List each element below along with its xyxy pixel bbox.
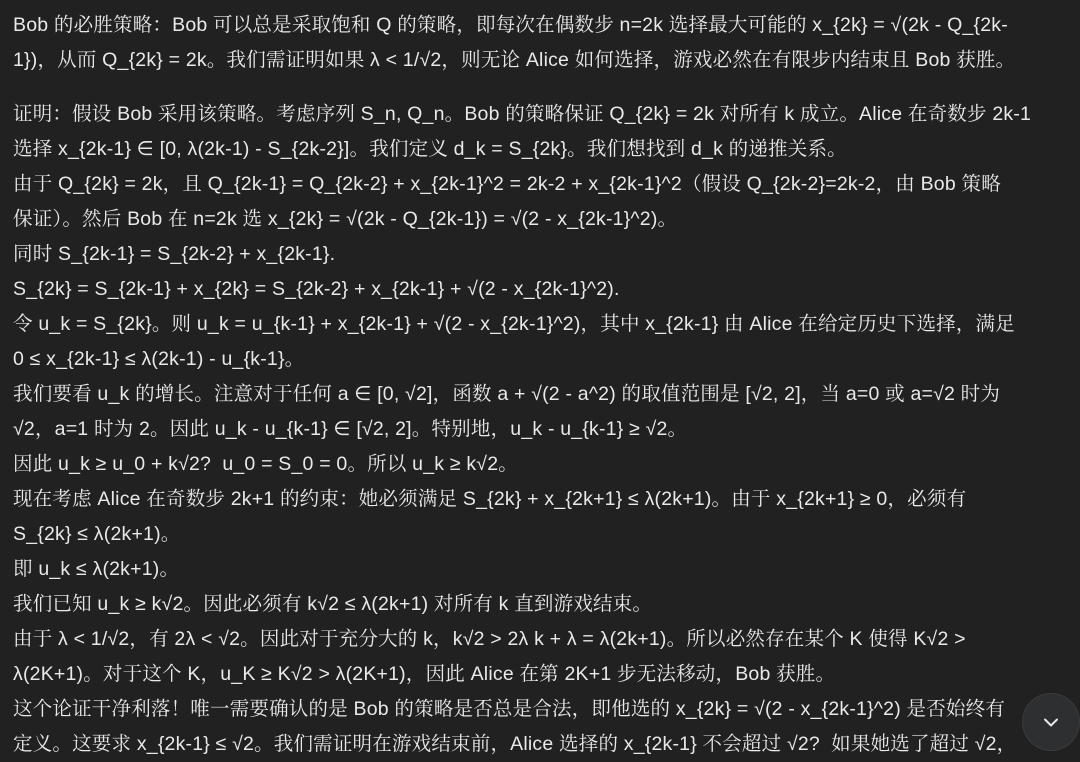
text-line: 1})，从而 Q_{2k} = 2k。我们需证明如果 λ < 1/√2，则无论 … — [13, 43, 1071, 78]
text-line: Bob 的必胜策略：Bob 可以总是采取饱和 Q 的策略，即每次在偶数步 n=2… — [13, 8, 1071, 43]
text-line: λ(2K+1)。对于这个 K，u_K ≥ K√2 > λ(2K+1)，因此 Al… — [13, 657, 1071, 692]
text-line: 保证）。然后 Bob 在 n=2k 选 x_{2k} = √(2k - Q_{2… — [13, 202, 1071, 237]
assistant-message-text: Bob 的必胜策略：Bob 可以总是采取饱和 Q 的策略，即每次在偶数步 n=2… — [13, 8, 1071, 762]
text-line: 同时 S_{2k-1} = S_{2k-2} + x_{2k-1}. — [13, 237, 1071, 272]
text-line: 选择 x_{2k-1} ∈ [0, λ(2k-1) - S_{2k-2}]。我们… — [13, 132, 1071, 167]
text-line: 定义。这要求 x_{2k-1} ≤ √2。我们需证明在游戏结束前，Alice 选… — [13, 727, 1071, 762]
chevron-down-icon — [1039, 710, 1063, 734]
text-line: 由于 λ < 1/√2，有 2λ < √2。因此对于充分大的 k，k√2 > 2… — [13, 622, 1071, 657]
text-line: 0 ≤ x_{2k-1} ≤ λ(2k-1) - u_{k-1}。 — [13, 342, 1071, 377]
text-line: 令 u_k = S_{2k}。则 u_k = u_{k-1} + x_{2k-1… — [13, 307, 1071, 342]
text-line: 我们要看 u_k 的增长。注意对于任何 a ∈ [0, √2]，函数 a + √… — [13, 377, 1071, 412]
text-line: S_{2k} = S_{2k-1} + x_{2k} = S_{2k-2} + … — [13, 272, 1071, 307]
text-line: S_{2k} ≤ λ(2k+1)。 — [13, 517, 1071, 552]
text-line: √2，a=1 时为 2。因此 u_k - u_{k-1} ∈ [√2, 2]。特… — [13, 412, 1071, 447]
text-line: 现在考虑 Alice 在奇数步 2k+1 的约束：她必须满足 S_{2k} + … — [13, 482, 1071, 517]
text-line: 我们已知 u_k ≥ k√2。因此必须有 k√2 ≤ λ(2k+1) 对所有 k… — [13, 587, 1071, 622]
text-line: 因此 u_k ≥ u_0 + k√2? u_0 = S_0 = 0。所以 u_k… — [13, 447, 1071, 482]
text-line: 证明：假设 Bob 采用该策略。考虑序列 S_n, Q_n。Bob 的策略保证 … — [13, 97, 1071, 132]
scroll-to-bottom-button[interactable] — [1022, 693, 1080, 751]
text-line: 即 u_k ≤ λ(2k+1)。 — [13, 552, 1071, 587]
text-line: 由于 Q_{2k} = 2k，且 Q_{2k-1} = Q_{2k-2} + x… — [13, 167, 1071, 202]
text-line: 这个论证干净利落！唯一需要确认的是 Bob 的策略是否总是合法，即他选的 x_{… — [13, 692, 1071, 727]
